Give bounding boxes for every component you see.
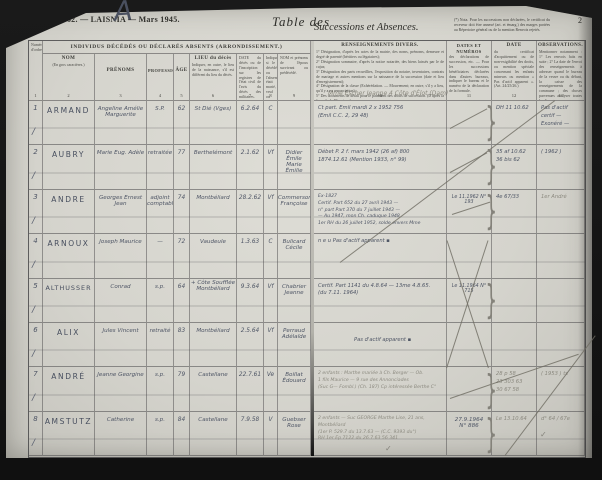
cell-observations: 1er André bbox=[537, 190, 585, 234]
cell-profession: retraité bbox=[147, 323, 174, 367]
cell-lieu: Berthelémont bbox=[190, 145, 237, 189]
cell-etat: C bbox=[264, 234, 278, 278]
cell-epoux: Chabrier Jeanne bbox=[278, 279, 311, 323]
cell-profession: s.p. bbox=[147, 367, 174, 411]
cell-epoux: Bulicard Cécile bbox=[278, 234, 311, 278]
cell-prenoms: Jules Vincent bbox=[95, 323, 147, 367]
cell-prenoms: Catherine bbox=[95, 412, 147, 456]
cell-epoux: Didier Émile Marie Émilie bbox=[278, 145, 311, 189]
cell-renseignements: Ct part. Emil mardi 2 x 1952 756 (Emil C… bbox=[314, 101, 447, 145]
paper-sheet: N° 62. — LAISNIA — Mars 1945. Table des … bbox=[6, 6, 592, 458]
cell-profession: adjoint comptable bbox=[147, 190, 174, 234]
cell-date-deces: 6.2.64 bbox=[237, 101, 264, 145]
pencil-brace: } bbox=[485, 369, 497, 414]
header-ordre: Numéros d'ordre.1 bbox=[29, 41, 43, 101]
cell-profession: s.p. bbox=[147, 279, 174, 323]
cell-certificat bbox=[492, 279, 537, 323]
cell-num: 2 bbox=[29, 145, 43, 189]
header-etat-civil: Indiquer si le décédé ou l'absent était … bbox=[264, 54, 278, 101]
cell-lieu: + Côte Soufflée Montbéliard bbox=[190, 279, 237, 323]
cell-num: 3 bbox=[29, 190, 43, 234]
cell-renseignements: 2 enfants : Marthe mariée à Ch. Berger —… bbox=[314, 367, 447, 411]
header-age: ÂGE5 bbox=[174, 54, 190, 101]
cell-date-deces: 2.5.64 bbox=[237, 323, 264, 367]
cell-certificat: 4e 67/33 bbox=[492, 190, 537, 234]
cell-age: 74 bbox=[174, 190, 190, 234]
cell-renseignements: Pas d'actif apparent ▪ bbox=[314, 323, 447, 367]
cell-observations: ( 1953 ) ts bbox=[537, 367, 585, 411]
pencil-brace: } bbox=[485, 145, 497, 190]
page-number: 2 bbox=[578, 16, 582, 25]
cell-num: 4 bbox=[29, 234, 43, 278]
header-observations: OBSERVATIONS.Mentionner notamment : 1° L… bbox=[537, 41, 585, 101]
cell-lieu: Vaudeule bbox=[190, 234, 237, 278]
cell-prenoms: Jeanne Georgine bbox=[95, 367, 147, 411]
cell-certificat bbox=[492, 234, 537, 278]
cell-etat: Vf bbox=[264, 279, 278, 323]
cell-epoux: Commerson Françoise bbox=[278, 190, 311, 234]
cell-date-deces: 7.9.58 bbox=[237, 412, 264, 456]
cell-age: 72 bbox=[174, 234, 190, 278]
cell-age: 83 bbox=[174, 323, 190, 367]
cell-renseignements: n e u Pas d'actif apparent ▪ bbox=[314, 234, 447, 278]
cell-profession: s.p. bbox=[147, 412, 174, 456]
header-renseignements: RENSEIGNEMENTS DIVERS.1° Désignation, d'… bbox=[314, 41, 447, 101]
cell-lieu: Castellane bbox=[190, 367, 237, 411]
cell-date-deces: 9.3.64 bbox=[237, 279, 264, 323]
cell-age: 84 bbox=[174, 412, 190, 456]
cell-etat: Ve bbox=[264, 367, 278, 411]
cell-date-deces: 28.2.62 bbox=[237, 190, 264, 234]
header-group: INDIVIDUS DÉCÉDÉS OU DÉCLARÉS ABSENTS (A… bbox=[43, 41, 311, 54]
cell-certificat: DH 11 10.62 bbox=[492, 101, 537, 145]
cell-renseignements: Certif. Part 1141 du 4.8.64 — 13me 4.8.6… bbox=[314, 279, 447, 323]
cell-date-deces: 2.1.62 bbox=[237, 145, 264, 189]
header-epoux: NOM et prénoms de l'époux survivant ou p… bbox=[278, 54, 311, 101]
cell-nom: ARMAND bbox=[43, 101, 95, 145]
cell-certificat: 28 p 58 23 303 63 30 67 58 bbox=[492, 367, 537, 411]
cell-nom: ALTHUSSER bbox=[43, 279, 95, 323]
cell-date-deces: 1.3.63 bbox=[237, 234, 264, 278]
cell-certificat: Le 13.10.64 bbox=[492, 412, 537, 456]
cell-profession: — bbox=[147, 234, 174, 278]
cell-nom: ALIX bbox=[43, 323, 95, 367]
cell-lieu: Montbéliard bbox=[190, 323, 237, 367]
successions-table: Numéros d'ordre.1 INDIVIDUS DÉCÉDÉS OU D… bbox=[28, 40, 586, 458]
header-lieu: LIEU du décèsIndiquer, en outre, le lieu… bbox=[190, 54, 237, 101]
cell-epoux: Boillat Édouard bbox=[278, 367, 311, 411]
cell-nom: AUBRY bbox=[43, 145, 95, 189]
cell-observations bbox=[537, 279, 585, 323]
cell-etat: Vf bbox=[264, 323, 278, 367]
cell-epoux: Perraud Adélaïde bbox=[278, 323, 311, 367]
cell-num: 7 bbox=[29, 367, 43, 411]
cell-num: 6 bbox=[29, 323, 43, 367]
cell-profession: retraitée bbox=[147, 145, 174, 189]
cell-prenoms: Georges Ernest Jean bbox=[95, 190, 147, 234]
header-certificat: DATEdu certificat d'acquittement ou de n… bbox=[492, 41, 537, 101]
cell-observations bbox=[537, 234, 585, 278]
cell-age: 77 bbox=[174, 145, 190, 189]
cell-declarations bbox=[447, 234, 492, 278]
cell-num: 5 bbox=[29, 279, 43, 323]
cell-prenoms: Conrad bbox=[95, 279, 147, 323]
cell-lieu: St Dié (Vges) bbox=[190, 101, 237, 145]
cell-renseignements: Débet P. 2 f. mars 1942 (26 af) 800 1874… bbox=[314, 145, 447, 189]
cell-etat: V bbox=[264, 412, 278, 456]
cell-nom: AMSTUTZ bbox=[43, 412, 95, 456]
cell-date-deces: 22.7.61 bbox=[237, 367, 264, 411]
cell-num: 8 bbox=[29, 412, 43, 456]
header-prenoms: PRÉNOMS3 bbox=[95, 54, 147, 101]
cell-epoux bbox=[278, 101, 311, 145]
cell-prenoms: Angeline Amélie Marguerite bbox=[95, 101, 147, 145]
cell-prenoms: Joseph Maurice bbox=[95, 234, 147, 278]
pencil-check: ✓ bbox=[385, 444, 392, 453]
cell-age: 64 bbox=[174, 279, 190, 323]
pencil-brace: } bbox=[485, 101, 497, 146]
pencil-brace: } bbox=[485, 413, 497, 458]
pencil-brace: } bbox=[485, 190, 497, 235]
pencil-check: ✓ bbox=[540, 430, 547, 439]
cell-nom: ANDRÉ bbox=[43, 367, 95, 411]
header-declarations: DATES ET NUMÉROSdes déclarations de succ… bbox=[447, 41, 492, 101]
cell-prenoms: Marie Eug. Adèle bbox=[95, 145, 147, 189]
cell-lieu: Montbéliard bbox=[190, 190, 237, 234]
cell-age: 79 bbox=[174, 367, 190, 411]
page-subtitle: Successions et Absences. bbox=[314, 22, 419, 33]
cell-epoux: Guebser Rose bbox=[278, 412, 311, 456]
header-profession: PROFESSION4 bbox=[147, 54, 174, 101]
cell-certificat bbox=[492, 323, 537, 367]
cell-num: 1 bbox=[29, 101, 43, 145]
cell-nom: ANDRE bbox=[43, 190, 95, 234]
header-nom: NOM(En gros caractères.)2 bbox=[43, 54, 95, 101]
header-date-deces: DATE du décès ou de l'inscription sur le… bbox=[237, 54, 264, 101]
cell-etat: Vf bbox=[264, 190, 278, 234]
cell-observations: ( 1962 ) bbox=[537, 145, 585, 189]
corner-note: (*) Nota. Pour les successions non décla… bbox=[454, 18, 550, 33]
cell-lieu: Castellane bbox=[190, 412, 237, 456]
scanned-register-page: N° 62. — LAISNIA — Mars 1945. Table des … bbox=[0, 0, 602, 480]
cell-profession: S.P. bbox=[147, 101, 174, 145]
cell-certificat: 35 af 10.62 36 bis 62 bbox=[492, 145, 537, 189]
cell-nom: ARNOUX bbox=[43, 234, 95, 278]
pencil-brace: } bbox=[485, 279, 497, 324]
cell-etat: Vf bbox=[264, 145, 278, 189]
cell-renseignements: 2 enfants — Suc GEORGE Marthe Lise, 21 a… bbox=[314, 412, 447, 456]
cell-age: 62 bbox=[174, 101, 190, 145]
index-letter: A bbox=[113, 0, 134, 28]
cell-etat: C bbox=[264, 101, 278, 145]
